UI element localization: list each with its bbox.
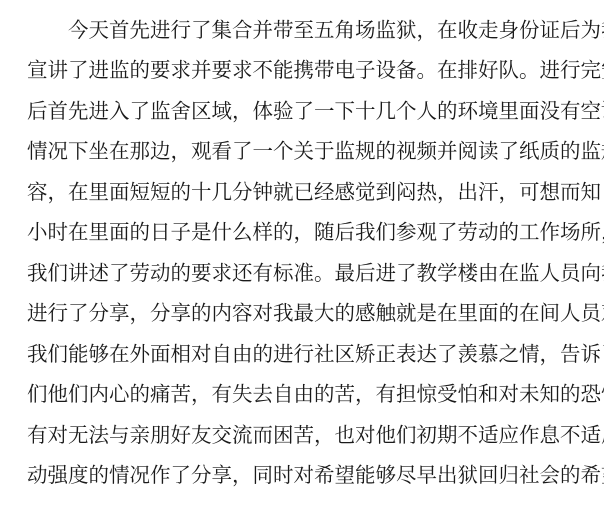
paragraph-line-10: 们他们内心的痛苦，有失去自由的苦，有担惊受怕和对未知的恐惧， [27,379,583,409]
paragraph-line-11: 有对无法与亲朋好友交流而困苦，也对他们初期不适应作息不适应劳 [27,420,583,450]
paragraph-line-8: 进行了分享，分享的内容对我最大的感触就是在里面的在间人员对于 [27,298,583,328]
paragraph-line-1: 今天首先进行了集合并带至五角场监狱，在收走身份证后为我们 [68,15,583,45]
document-page: 今天首先进行了集合并带至五角场监狱，在收走身份证后为我们 宣讲了进监的要求并要求… [0,0,604,506]
paragraph-line-2: 宣讲了进监的要求并要求不能携带电子设备。在排好队。进行完安检 [27,55,583,85]
paragraph-line-9: 我们能够在外面相对自由的进行社区矫正表达了羡慕之情，告诉了我 [27,339,583,369]
paragraph-line-6: 小时在里面的日子是什么样的，随后我们参观了劳动的工作场所，和 [27,217,583,247]
paragraph-line-4: 情况下坐在那边，观看了一个关于监规的视频并阅读了纸质的监规内 [27,136,583,166]
paragraph-line-5: 容，在里面短短的十几分钟就已经感觉到闷热，出汗，可想而知 24 [27,177,583,207]
paragraph-line-12: 动强度的情况作了分享，同时对希望能够尽早出狱回归社会的希望。 [27,460,583,490]
paragraph-line-3: 后首先进入了监舍区域，体验了一下十几个人的环境里面没有空调的 [27,96,583,126]
paragraph-line-7: 我们讲述了劳动的要求还有标准。最后进了教学楼由在监人员向我们 [27,258,583,288]
